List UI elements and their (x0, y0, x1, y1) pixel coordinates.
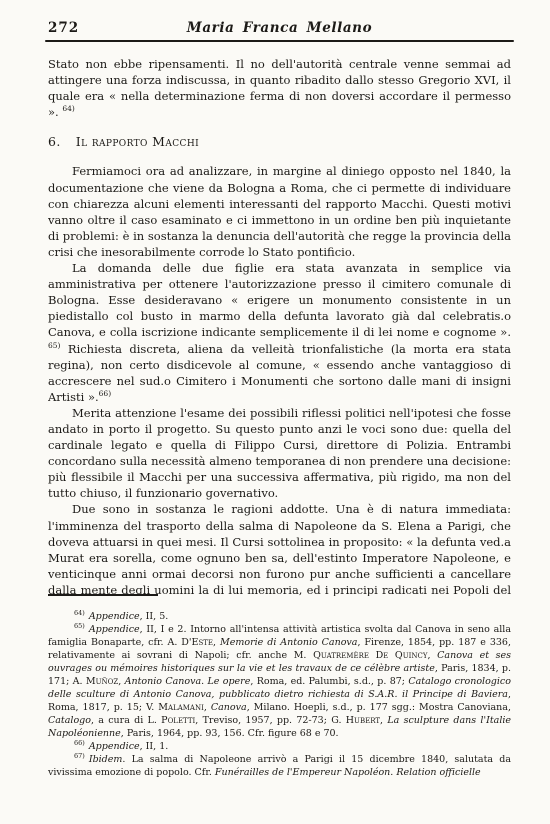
text-segment: , (427, 650, 437, 661)
text-segment: Merita attenzione l'esame dei possibili … (48, 406, 511, 500)
book-page: 272 Maria Franca Mellano Stato non ebbe … (0, 0, 550, 824)
footnote: 67)Ibidem. La salma di Napoleone arrivò … (48, 753, 511, 779)
body-paragraphs: Fermiamoci ora ad analizzare, in margine… (48, 163, 511, 596)
text-segment: Richiesta discreta, aliena da velleità t… (48, 342, 511, 404)
text-segment: Memorie di Antonio Canova (220, 637, 357, 648)
text-segment: Ibidem (89, 754, 123, 765)
footnote-ref: 65) (48, 341, 60, 350)
paragraph: Due sono in sostanza le ragioni addotte.… (48, 501, 511, 596)
text-segment: , (204, 702, 211, 713)
footnote-ref: 64) (62, 104, 74, 113)
text-segment: , II, 5. (140, 611, 169, 622)
text-segment: Appendice (89, 741, 140, 752)
text-segment: Funérailles de l'Empereur Napoléon. Rela… (215, 767, 481, 778)
text-segment: Catalogo (48, 715, 91, 726)
text-segment: Stato non ebbe ripensamenti. Il no dell'… (48, 57, 511, 119)
header-rule (45, 40, 514, 42)
footnote-marker: 65) (74, 622, 85, 630)
page-number: 272 (48, 20, 79, 36)
intro-paragraphs: Stato non ebbe ripensamenti. Il no dell'… (48, 56, 511, 120)
text-segment: Fermiamoci ora ad analizzare, in margine… (48, 164, 511, 258)
footnote: 65)Appendice, II, I e 2. Intorno all'int… (48, 623, 511, 740)
text-segment: Canova (211, 702, 247, 713)
footnote: 64)Appendice, II, 5. (48, 610, 511, 623)
footnote-ref: 66) (99, 389, 111, 398)
paragraph: Fermiamoci ora ad analizzare, in margine… (48, 163, 511, 260)
paragraph: Merita attenzione l'esame dei possibili … (48, 405, 511, 502)
footnote-block: 64)Appendice, II, 5.65)Appendice, II, I … (48, 594, 511, 779)
text-segment: Muñoz (86, 676, 118, 687)
text-segment: , (213, 637, 220, 648)
footnote-list: 64)Appendice, II, 5.65)Appendice, II, I … (48, 610, 511, 779)
text-segment: Poletti (161, 715, 195, 726)
text-segment: Appendice (89, 624, 140, 635)
footnote-marker: 66) (74, 739, 85, 747)
text-segment: , Paris, 1964, pp. 93, 156. Cfr. figure … (121, 728, 339, 739)
text-segment: Appendice (89, 611, 140, 622)
running-title: Maria Franca Mellano (48, 20, 511, 36)
text-segment: , Milano. Hoepli, s.d., p. 177 sgg.: Mos… (247, 702, 511, 713)
section-heading: 6.Il rapporto Macchi (48, 134, 511, 150)
text-segment: , a cura di L. (91, 715, 161, 726)
text-segment: Antonio Canova. Le opere (125, 676, 251, 687)
footnote-marker: 64) (74, 609, 85, 617)
page-body: Stato non ebbe ripensamenti. Il no dell'… (48, 56, 511, 596)
text-segment: La domanda delle due figlie era stata av… (48, 261, 511, 339)
text-segment: , Treviso, 1957, pp. 72-73; G. (195, 715, 345, 726)
paragraph: Stato non ebbe ripensamenti. Il no dell'… (48, 56, 511, 120)
text-segment: Malamani (158, 702, 204, 713)
page-header: 272 Maria Franca Mellano (48, 20, 511, 38)
footnote: 66)Appendice, II, 1. (48, 740, 511, 753)
footnote-rule (48, 594, 158, 596)
text-segment: Quatremère De Quincy (313, 650, 427, 661)
text-segment: , Roma, ed. Palumbi, s.d., p. 87; (250, 676, 408, 687)
text-segment: , II, 1. (140, 741, 169, 752)
text-segment: Due sono in sostanza le ragioni addotte.… (48, 502, 511, 596)
text-segment: Hubert (346, 715, 380, 726)
text-segment: D'Este (181, 637, 213, 648)
section-number: 6. (48, 134, 61, 149)
footnote-marker: 67) (74, 752, 85, 760)
section-title: Il rapporto Macchi (76, 134, 199, 149)
paragraph: La domanda delle due figlie era stata av… (48, 260, 511, 405)
